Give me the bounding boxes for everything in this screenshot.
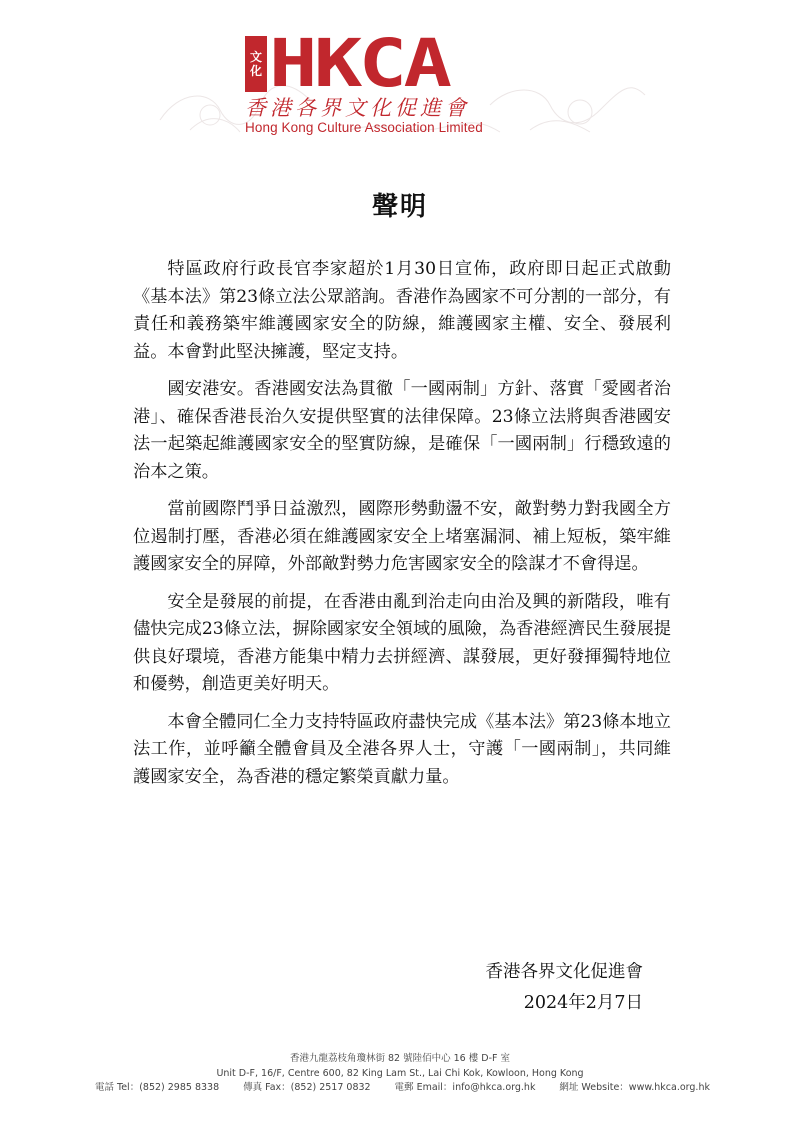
paragraph: 本會全體同仁全力支持特區政府盡快完成《基本法》第23條本地立法工作，並呼籲全體會… — [133, 709, 671, 792]
signature-date: 2024年2月7日 — [486, 988, 644, 1019]
paragraph: 安全是發展的前提，在香港由亂到治走向由治及興的新階段，唯有儘快完成23條立法，摒… — [133, 589, 671, 699]
hkca-logo: 文化 HKCA 香港各界文化促進會 Hong Kong Culture Asso… — [245, 36, 490, 136]
paragraph: 特區政府行政長官李家超於1月30日宣佈，政府即日起正式啟動《基本法》第23條立法… — [133, 256, 671, 366]
footer-website[interactable]: 網址 Website：www.hkca.org.hk — [559, 1081, 710, 1096]
document-title: 聲明 — [0, 186, 800, 223]
footer-tel: 電話 Tel：(852) 2985 8338 — [95, 1081, 219, 1096]
footer-address-zh: 香港九龍荔枝角瓊林街 82 號陸佰中心 16 樓 D-F 室 — [0, 1052, 800, 1067]
paragraph: 國安港安。香港國安法為貫徹「一國兩制」方針、落實「愛國者治港」、確保香港長治久安… — [133, 376, 671, 486]
paragraph: 當前國際鬥爭日益激烈，國際形勢動盪不安，敵對勢力對我國全方位遏制打壓，香港必須在… — [133, 496, 671, 579]
logo-letters: HKCA — [269, 36, 448, 92]
footer-email[interactable]: 電郵 Email：info@hkca.org.hk — [395, 1081, 536, 1096]
footer-address-en: Unit D-F, 16/F, Centre 600, 82 King Lam … — [0, 1067, 800, 1082]
letterhead: 文化 HKCA 香港各界文化促進會 Hong Kong Culture Asso… — [0, 0, 800, 150]
footer-contacts: 電話 Tel：(852) 2985 8338 傳真 Fax：(852) 2517… — [0, 1081, 800, 1096]
footer: 香港九龍荔枝角瓊林街 82 號陸佰中心 16 樓 D-F 室 Unit D-F,… — [0, 1052, 800, 1096]
signature-organization: 香港各界文化促進會 — [486, 957, 644, 988]
logo-wenhua-mark: 文化 — [245, 36, 267, 92]
statement-body: 特區政府行政長官李家超於1月30日宣佈，政府即日起正式啟動《基本法》第23條立法… — [133, 256, 671, 801]
footer-fax: 傳真 Fax：(852) 2517 0832 — [243, 1081, 371, 1096]
logo-english-name: Hong Kong Culture Association Limited — [245, 120, 490, 136]
signature-block: 香港各界文化促進會 2024年2月7日 — [486, 957, 644, 1019]
